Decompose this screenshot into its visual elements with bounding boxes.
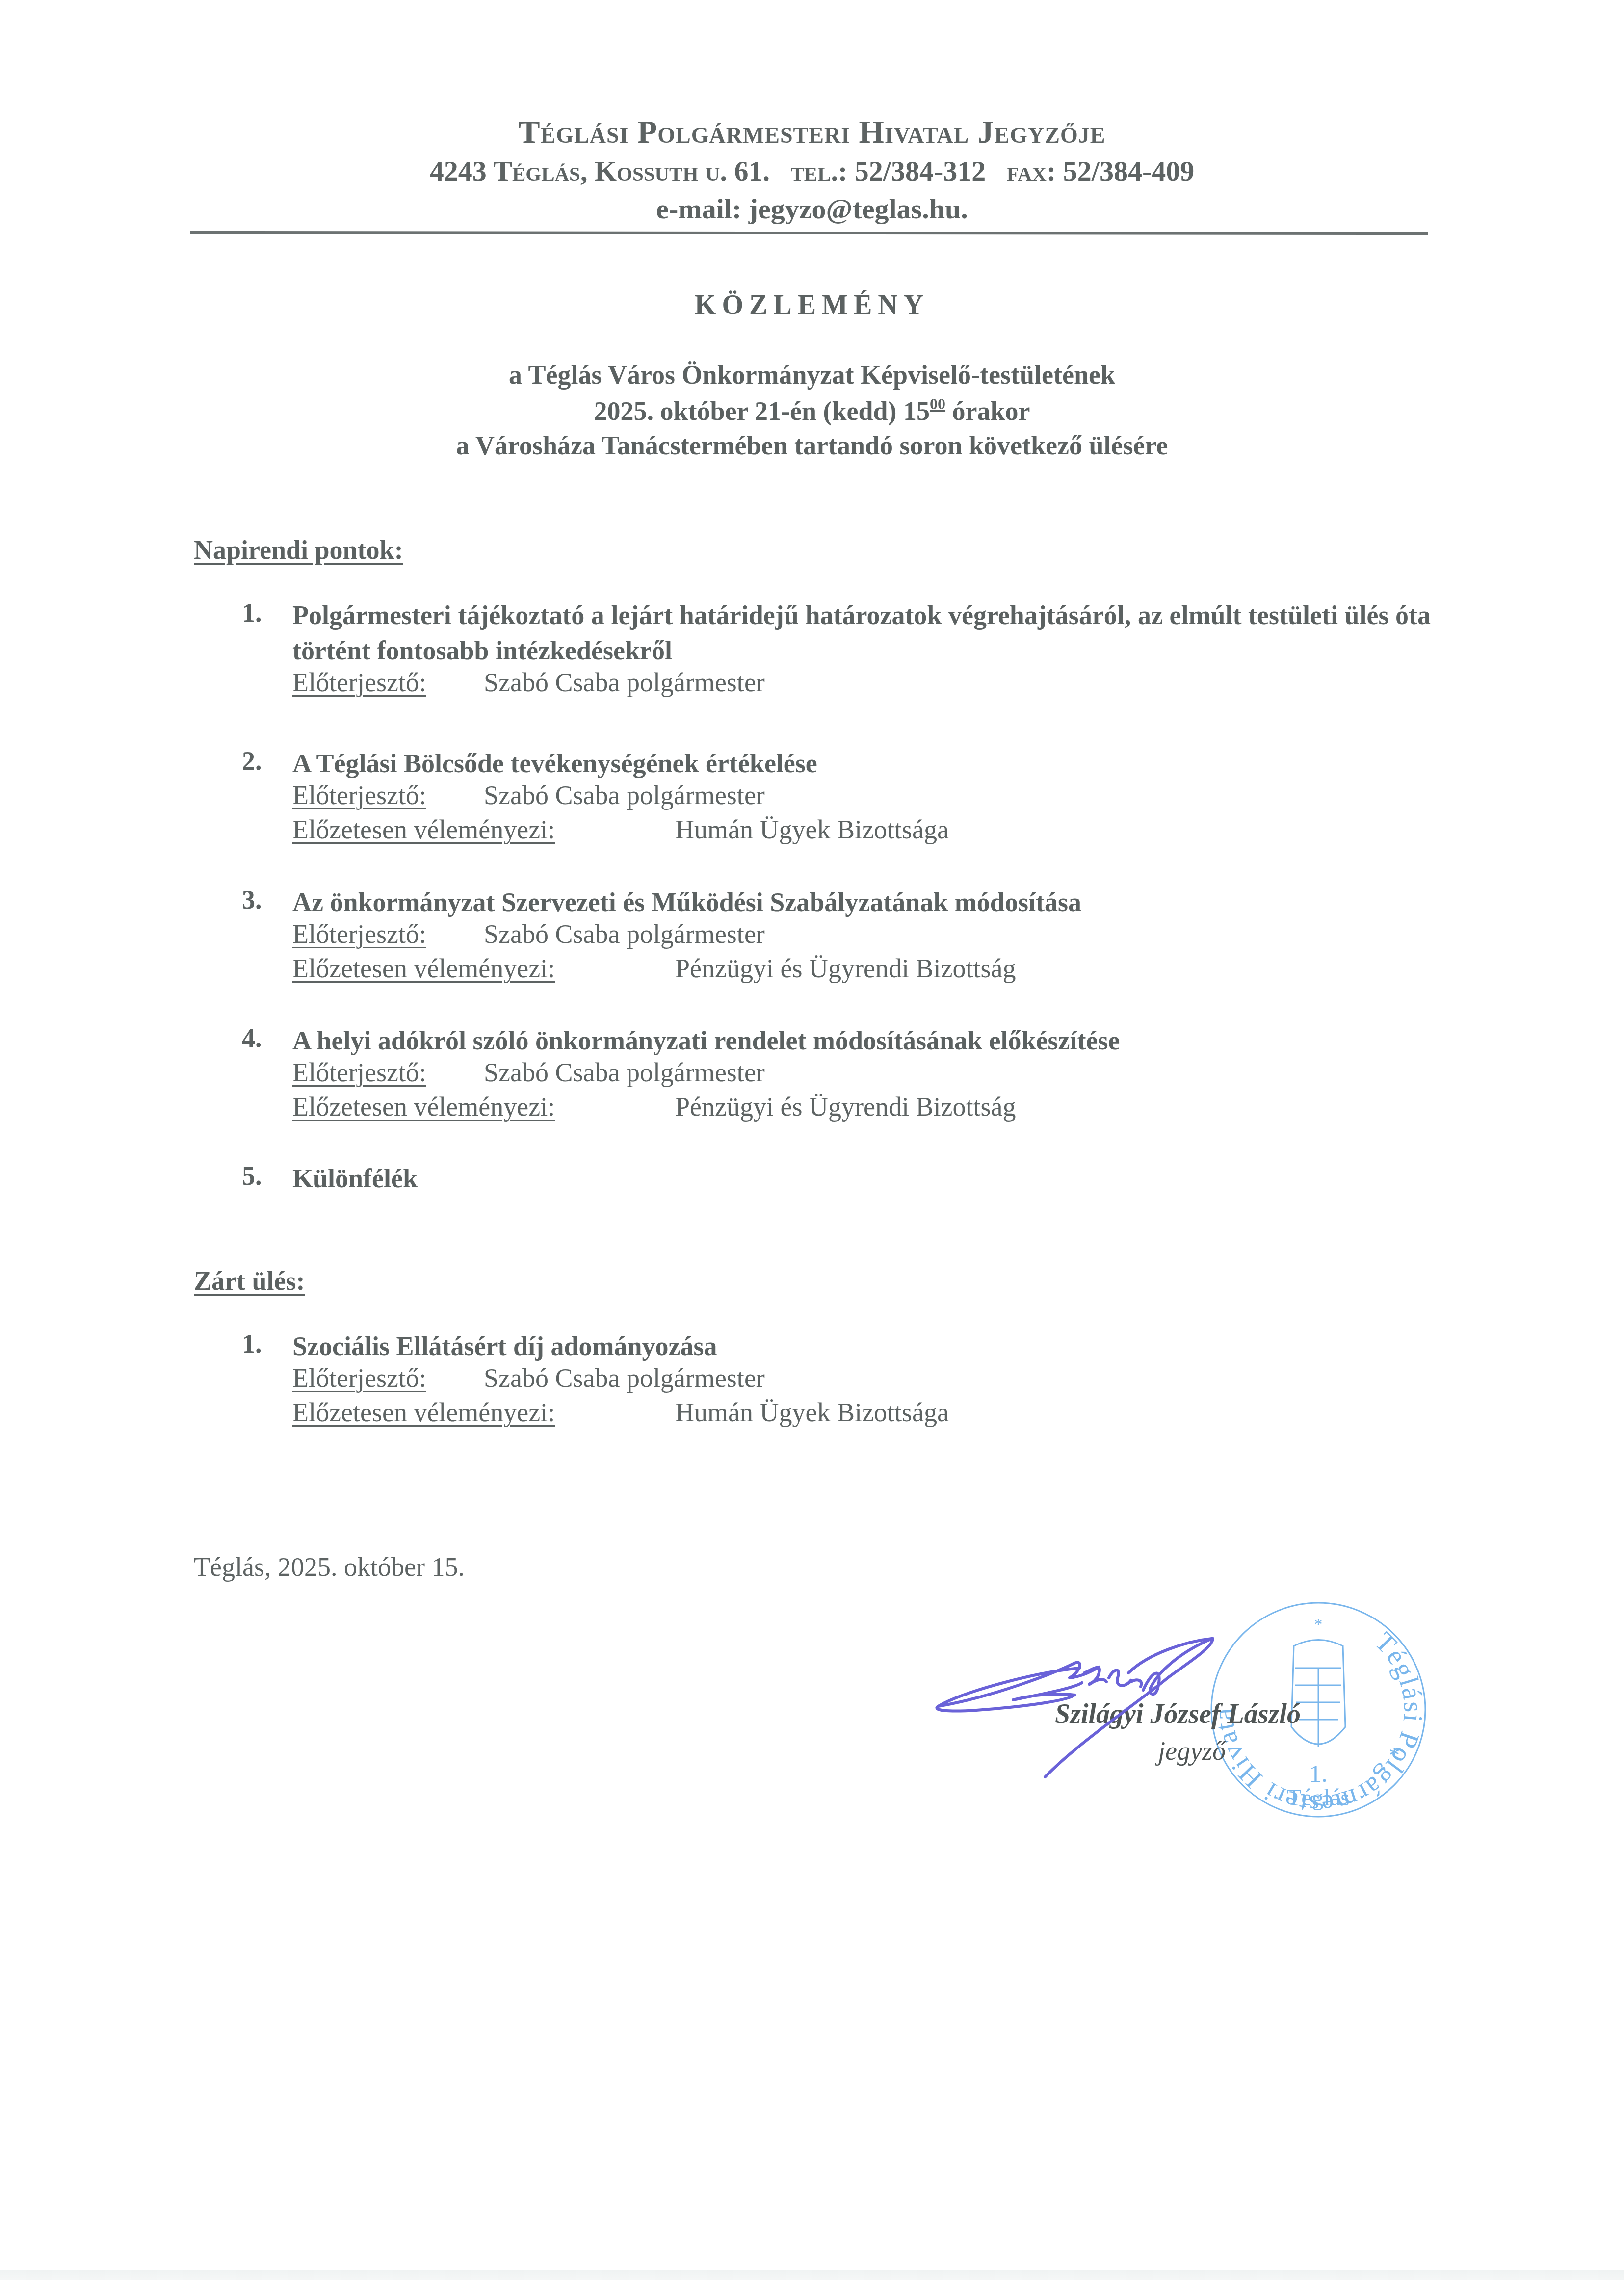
presenter-row: Előterjesztő: Szabó Csaba polgármester [292,1057,426,1088]
presenter-value: Szabó Csaba polgármester [484,1363,765,1393]
tel-number: 52/384-312 [855,155,986,187]
reviewer-value: Humán Ügyek Bizottsága [675,814,949,845]
presenter-label: Előterjesztő: [292,1363,426,1393]
presenter-label: Előterjesztő: [292,781,426,810]
agenda-item-title: Különfélék [292,1161,1431,1196]
address-text: 4243 Téglás, Kossuth u. 61. [430,155,770,187]
presenter-label: Előterjesztő: [292,919,426,949]
presenter-row: Előterjesztő: Szabó Csaba polgármester [292,919,426,949]
agenda-item-number: 3. [242,885,262,915]
reviewer-row: Előzetesen véleményezi: Humán Ügyek Bizo… [292,1397,555,1428]
presenter-row: Előterjesztő: Szabó Csaba polgármester [292,1363,426,1393]
reviewer-value: Pénzügyi és Ügyrendi Bizottság [675,1092,1016,1122]
letterhead-divider [190,231,1428,235]
agenda-item-number: 1. [242,598,262,628]
meeting-date: 2025. október 21-én (kedd) 15 [594,396,930,426]
agenda-item-number: 4. [242,1023,262,1053]
reviewer-row: Előzetesen véleményezi: Pénzügyi és Ügyr… [292,953,555,984]
presenter-row: Előterjesztő: Szabó Csaba polgármester [292,667,426,698]
reviewer-label: Előzetesen véleményezi: [292,954,555,983]
agenda-item-title: Szociális Ellátásért díj adományozása [292,1329,1431,1364]
meeting-time-minutes: 00 [930,395,945,413]
reviewer-value: Pénzügyi és Ügyrendi Bizottság [675,953,1016,984]
announcement-line-3: a Városháza Tanácstermében tartandó soro… [0,430,1624,461]
fax-label: fax: [1007,155,1056,187]
presenter-label: Előterjesztő: [292,668,426,697]
letterhead-title: Téglási Polgármesteri Hivatal Jegyzője [0,114,1624,151]
reviewer-value: Humán Ügyek Bizottsága [675,1397,949,1428]
agenda-heading: Napirendi pontok: [194,535,403,565]
reviewer-label: Előzetesen véleményezi: [292,1092,555,1122]
presenter-row: Előterjesztő: Szabó Csaba polgármester [292,780,426,810]
presenter-value: Szabó Csaba polgármester [484,667,765,698]
closed-session-heading: Zárt ülés: [194,1266,305,1296]
presenter-value: Szabó Csaba polgármester [484,780,765,810]
letterhead-address: 4243 Téglás, Kossuth u. 61. tel.: 52/384… [0,155,1624,187]
presenter-value: Szabó Csaba polgármester [484,1057,765,1088]
presenter-label: Előterjesztő: [292,1058,426,1087]
announcement-title: KÖZLEMÉNY [0,289,1624,321]
reviewer-label: Előzetesen véleményezi: [292,1398,555,1427]
agenda-item-title: A Téglási Bölcsőde tevékenységének érték… [292,746,1431,781]
announcement-line-1: a Téglás Város Önkormányzat Képviselő-te… [0,360,1624,390]
agenda-item-title: A helyi adókról szóló önkormányzati rend… [292,1023,1431,1058]
presenter-value: Szabó Csaba polgármester [484,919,765,949]
agenda-item-number: 2. [242,746,262,776]
scan-edge [0,2270,1624,2280]
document-page: Téglási Polgármesteri Hivatal Jegyzője 4… [0,0,1624,2296]
letterhead-email: e-mail: jegyzo@teglas.hu. [0,192,1624,225]
tel-label: tel.: [790,155,847,187]
agenda-item-title: Polgármesteri tájékoztató a lejárt határ… [292,598,1431,668]
fax-number: 52/384-409 [1063,155,1194,187]
reviewer-row: Előzetesen véleményezi: Pénzügyi és Ügyr… [292,1092,555,1122]
meeting-time-suffix: órakor [945,396,1030,426]
reviewer-row: Előzetesen véleményezi: Humán Ügyek Bizo… [292,814,555,845]
reviewer-label: Előzetesen véleményezi: [292,815,555,844]
handwritten-signature-icon [932,1594,1472,1864]
agenda-item-number: 5. [242,1161,262,1191]
announcement-line-2: 2025. október 21-én (kedd) 1500 órakor [0,395,1624,426]
agenda-item-number: 1. [242,1329,262,1359]
agenda-item-title: Az önkormányzat Szervezeti és Működési S… [292,885,1431,920]
place-and-date: Téglás, 2025. október 15. [194,1552,465,1582]
